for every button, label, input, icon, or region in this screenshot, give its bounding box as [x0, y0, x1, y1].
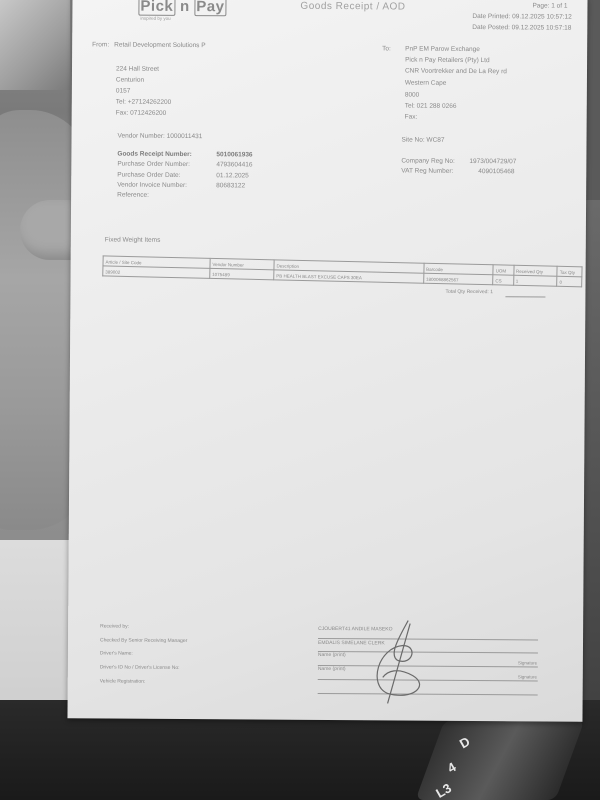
total-qty-underline — [505, 296, 545, 297]
from-address-1: 224 Hall Street — [116, 66, 159, 73]
drivers-id-label: Driver's ID No / Driver's License No: — [100, 664, 180, 671]
reference-label: Reference: — [117, 192, 149, 199]
signature-label-1: Signature — [518, 660, 537, 665]
to-line-4: Western Cape — [405, 80, 446, 87]
from-fax: Fax: 0712426200 — [116, 110, 167, 117]
to-label: To: — [382, 45, 391, 52]
goods-receipt-number-label: Goods Receipt Number: — [117, 151, 191, 159]
vat-reg-value: 4090105468 — [478, 168, 514, 175]
goods-receipt-number-value: 5010061936 — [216, 151, 252, 158]
driver-id-print: Name (print) — [318, 666, 346, 672]
signature-label-2: Signature — [518, 674, 537, 679]
site-number: Site No: WC87 — [401, 137, 444, 144]
from-name: Retail Development Solutions P — [114, 42, 205, 50]
to-line-2: Pick n Pay Retailers (Pty) Ltd — [405, 57, 490, 65]
drivers-name-label: Driver's Name: — [100, 650, 133, 656]
background-window — [0, 0, 70, 90]
po-date-value: 01.12.2025 — [216, 172, 249, 179]
cell-description: PB HEALTH BLAST EXCUSE CAPS 30EA — [274, 270, 424, 283]
fixed-weight-items-heading: Fixed Weight Items — [105, 236, 161, 243]
cell-article: 389002 — [103, 266, 210, 278]
document-title: Goods Receipt / AOD — [300, 1, 405, 13]
from-address-2: Centurion — [116, 77, 144, 84]
checked-by-label: Checked By Senior Receiving Manager — [100, 637, 187, 644]
from-label: From: — [92, 41, 109, 48]
cell-vendor-number: 1075489 — [210, 268, 274, 279]
po-number-value: 4793604416 — [216, 161, 252, 168]
po-date-label: Purchase Order Date: — [117, 172, 180, 179]
company-reg-label: Company Reg No: — [401, 158, 455, 165]
date-printed: Date Printed: 09.12.2025 10:57:12 — [472, 13, 571, 21]
vendor-invoice-value: 80683122 — [216, 182, 245, 189]
to-line-7: Fax: — [405, 114, 418, 121]
vehicle-registration-label: Vehicle Registration: — [100, 678, 146, 684]
received-by-label: Received by: — [100, 623, 129, 629]
cell-uom: CS — [493, 275, 514, 285]
to-line-5: 8000 — [405, 92, 420, 99]
header-uom: UOM — [493, 265, 514, 275]
cell-barcode: 1800068862567 — [423, 273, 493, 285]
handwritten-signature — [358, 615, 439, 706]
page-number: Page: 1 of 1 — [532, 2, 567, 9]
company-reg-value: 1973/004729/07 — [469, 158, 516, 165]
vendor-number: Vendor Number: 1000011431 — [118, 133, 203, 141]
driver-name-print: Name (print) — [318, 652, 346, 658]
brand-logo: Pick n Pay — [138, 0, 226, 15]
to-line-6: Tel: 021 288 0266 — [405, 103, 457, 110]
date-posted: Date Posted: 09.12.2025 10:57:18 — [472, 24, 571, 32]
cell-received-qty: 1 — [513, 275, 557, 286]
to-line-1: PnP EM Parow Exchange — [405, 46, 480, 54]
to-line-3: CNR Voortrekker and De La Rey rd — [405, 68, 507, 76]
po-number-label: Purchase Order Number: — [117, 161, 190, 169]
vat-reg-label: VAT Reg Number: — [401, 168, 453, 175]
goods-receipt-document: Pick n Pay inspired by you Goods Receipt… — [67, 0, 587, 722]
vendor-invoice-label: Vendor Invoice Number: — [117, 182, 187, 189]
from-address-3: 0157 — [116, 88, 131, 95]
from-tel: Tel: +27124262200 — [116, 99, 172, 106]
cell-tax-qty: 0 — [557, 276, 582, 287]
total-qty-received: Total Qty Received: 1 — [445, 289, 493, 295]
header-tax-qty: Tax Qty — [557, 266, 582, 277]
brand-tagline: inspired by you — [140, 16, 170, 21]
items-table: Article / Site Code Vendor Number Descri… — [102, 255, 582, 287]
